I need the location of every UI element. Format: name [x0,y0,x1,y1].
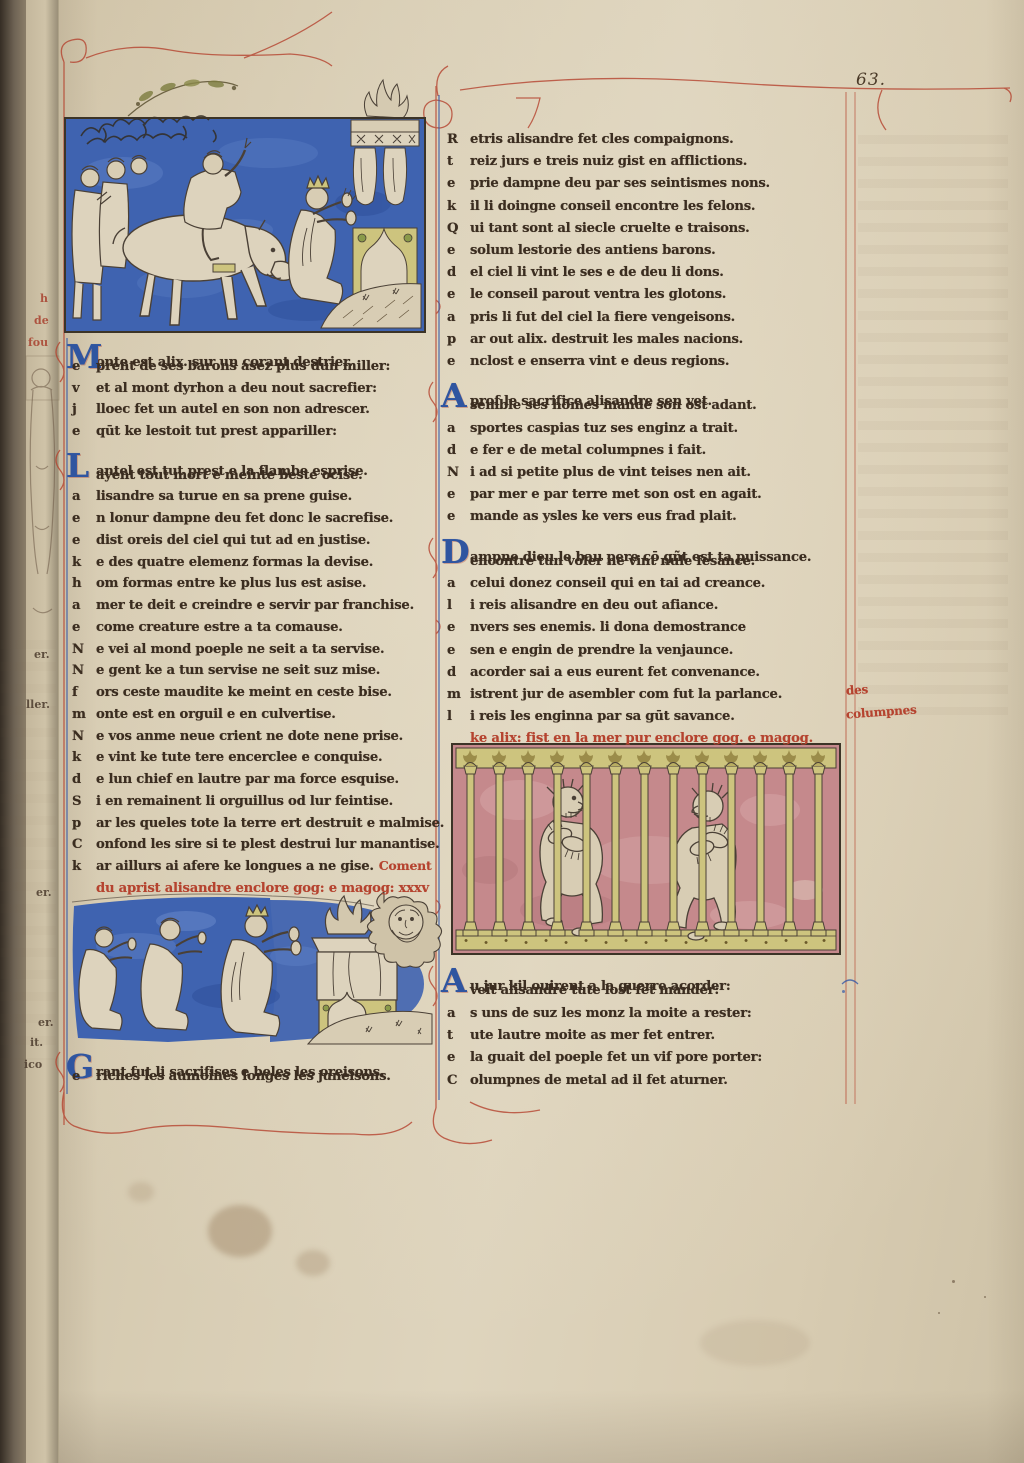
ink-speck [984,1296,986,1298]
line-initial: l [443,599,470,612]
line-text: pris li fut del ciel la fiere vengeisons… [470,311,735,324]
verse-line: kar aillurs ai afere ke longues a ne gis… [68,860,432,873]
verse-line: ke vint ke tute tere encerclee e conquis… [68,751,382,764]
line-text: i ad si petite plus de vint teises nen a… [470,466,751,479]
line-initial: e [443,621,470,634]
line-text: riches les aumoines longes les juneisons… [96,1070,391,1083]
line-text: e lun chief en lautre par ma force esqui… [96,773,399,786]
line-initial: a [443,422,470,435]
line-initial: l [443,710,470,723]
line-text: prent de ses barons asez plus dun miller… [96,360,390,373]
line-initial: R [443,133,470,146]
line-text: semble ses hōmes mande son ost adant. [470,399,756,412]
line-text: mer te deit e creindre e servir par fran… [96,599,414,612]
verse-line: Qui tant sont al siecle cruelte e traiso… [443,222,750,235]
edge-text-fragment: h [40,292,48,305]
verse-line: li reis alisandre en deu out afiance. [443,599,718,612]
line-text: lloec fet un autel en son non adrescer. [96,403,370,416]
verse-line: vet al mont dyrhon a deu nout sacrefier: [68,382,377,395]
verse-line: semble ses hōmes mande son ost adant. [443,399,756,412]
verse-line: par out alix. destruit les males nacions… [443,333,743,346]
line-text: etris alisandre fet cles compaignons. [470,133,733,146]
verse-line: Columpnes de metal ad il fet aturner. [443,1074,728,1087]
line-text: ar les queles tote la terre ert destruit… [96,817,444,830]
verse-line: fors ceste maudite ke meint en ceste bis… [68,686,392,699]
edge-text-fragment: er. [34,648,50,661]
line-text: dist oreis del ciel qui tut ad en justis… [96,534,370,547]
line-initial: e [68,534,96,547]
verse-line: eprie dampne deu par ses seintismes nons… [443,177,770,190]
line-text: olumpnes de metal ad il fet aturner. [470,1074,728,1087]
verse-line: emande as ysles ke vers eus frad plait. [443,510,736,523]
line-text: mande as ysles ke vers eus frad plait. [470,510,736,523]
folio-number: 63. [856,70,886,90]
alexander-rides-to-altar-miniature [63,78,431,336]
line-text: il li doingne conseil encontre les felon… [470,200,755,213]
line-text: le conseil parout ventra les glotons. [470,288,726,301]
line-initial: v [68,382,96,395]
verse-line: esen e engin de prendre la venjaunce. [443,644,733,657]
line-text: e vint ke tute tere encerclee e conquise… [96,751,382,764]
line-initial: a [443,311,470,324]
line-initial: t [443,1029,470,1042]
edge-text-fragment: ller. [26,698,50,711]
line-text: n lonur dampne deu fet donc le sacrefise… [96,512,393,525]
verse-line: Ni ad si petite plus de vint teises nen … [443,466,751,479]
line-text: come creature estre a ta comause. [96,621,343,634]
verse-line: par les queles tote la terre ert destrui… [68,817,444,830]
verse-line: enclost e enserra vint e deus regions. [443,355,729,368]
line-initial: e [68,425,96,438]
line-initial: N [68,730,96,743]
verse-line: li reis les enginna par sa gūt savance.c… [443,710,735,723]
verse-line: edist oreis del ciel qui tut ad en justi… [68,534,370,547]
line-text: encontre tun voler ne vint nule fesance. [470,555,755,568]
line-text: sen e engin de prendre la venjaunce. [470,644,733,657]
verse-line: asportes caspias tuz ses enginz a trait. [443,422,738,435]
verse-line: dacorder sai a eus eurent fet convenance… [443,666,760,679]
line-initial: k [68,751,96,764]
verse-line: hom formas entre ke plus lus est asise. [68,577,366,590]
line-initial: d [443,266,470,279]
line-initial: e [443,510,470,523]
line-initial: e [68,621,96,634]
line-initial: a [443,577,470,590]
line-initial: e [443,177,470,190]
verse-line: de fer e de metal columpnes i fait. [443,444,706,457]
line-initial: p [443,333,470,346]
verse-line: Confond les sire si te plest destrui lur… [68,838,440,851]
line-text: om formas entre ke plus lus est asise. [96,577,366,590]
line-text: s uns de suz les monz la moite a rester: [470,1007,752,1020]
ink-speck [952,1280,955,1283]
verse-line: ke des quatre elemenz formas la devise. [68,556,373,569]
line-text: e gent ke a tun servise ne seit suz mise… [96,664,380,677]
verse-line: epar mer e par terre met son ost en agai… [443,488,762,501]
line-initial: a [443,1007,470,1020]
verse-line: Si en remainent li orguillus od lur fein… [68,795,393,808]
verse-line: monte est en orguil e en culvertise. [68,708,336,721]
line-initial: h [68,577,96,590]
line-text: istrent jur de asembler com fut la parla… [470,688,782,701]
red-marginal-note: des [846,683,869,697]
verse-line: Ne vos anme neue crient ne dote nene pri… [68,730,403,743]
line-text: ke alix: fist en la mer pur enclore gog.… [470,732,813,745]
line-text: et al mont dyrhon a deu nout sacrefier: [96,382,377,395]
gog-magog-enclosed-miniature [450,740,846,962]
rubric-line: du aprist alisandre enclore gog: e magog… [68,882,429,895]
verse-line: Ne vei al mond poeple ne seit a ta servi… [68,643,384,656]
line-initial: p [68,817,96,830]
line-text: du aprist alisandre enclore gog: e magog… [96,882,429,895]
line-initial: C [443,1074,470,1087]
line-initial: e [443,1051,470,1064]
line-initial: N [68,643,96,656]
line-initial: t [443,155,470,168]
verse-line: acelui donez conseil qui en tai ad crean… [443,577,765,590]
verse-line: veit alisandre tute lost fet mander: [443,984,719,997]
line-text: acorder sai a eus eurent fet convenance. [470,666,760,679]
line-text: e fer e de metal columpnes i fait. [470,444,706,457]
line-initial: m [443,688,470,701]
line-initial: k [443,200,470,213]
line-text: el ciel li vint le ses e de deu li dons. [470,266,724,279]
rubric-line: ke alix: fist en la mer pur enclore gog.… [443,732,813,745]
line-initial: C [68,838,96,851]
line-text: e des quatre elemenz formas la devise. [96,556,373,569]
verse-line: as uns de suz les monz la moite a rester… [443,1007,752,1020]
line-initial: f [68,686,96,699]
line-text: celui donez conseil qui en tai ad creanc… [470,577,765,590]
verse-line: eqūt ke lestoit tut prest appariller: [68,425,337,438]
edge-text-fragment: er. [36,886,52,899]
line-initial: Q [443,222,470,235]
line-text: i reis alisandre en deu out afiance. [470,599,718,612]
edge-text-fragment: er. [38,1016,54,1029]
edge-text-fragment: it. [30,1036,43,1049]
line-initial: N [68,664,96,677]
line-initial: k [68,860,96,873]
line-text: ute lautre moite as mer fet entrer. [470,1029,715,1042]
line-initial: e [443,244,470,257]
line-initial: j [68,403,96,416]
line-text: la guait del poeple fet un vif pore port… [470,1051,762,1064]
verse-line: ecome creature estre a ta comause. [68,621,343,634]
verse-line: treiz jurs e treis nuiz gist en afflicti… [443,155,747,168]
verse-line: de lun chief en lautre par ma force esqu… [68,773,399,786]
verse-line: esolum lestorie des antiens barons. [443,244,715,257]
verse-line: jlloec fet un autel en son non adrescer. [68,403,370,416]
line-initial: d [443,666,470,679]
verse-line: ela guait del poeple fet un vif pore por… [443,1051,762,1064]
line-text: i en remainent li orguillus od lur feint… [96,795,393,808]
line-initial: e [443,488,470,501]
line-initial: N [443,466,470,479]
line-initial: d [443,444,470,457]
line-initial: e [443,355,470,368]
line-text: qūt ke lestoit tut prest appariller: [96,425,337,438]
line-initial: d [68,773,96,786]
verse-line: mistrent jur de asembler com fut la parl… [443,688,782,701]
verse-line: eprent de ses barons asez plus dun mille… [68,360,390,373]
line-text: ar aillurs ai afere ke longues a ne gise… [96,860,374,873]
line-text: solum lestorie des antiens barons. [470,244,715,257]
line-initial: e [68,360,96,373]
verse-line: tute lautre moite as mer fet entrer. [443,1029,715,1042]
verse-line: encontre tun voler ne vint nule fesance. [443,555,755,568]
line-text: reiz jurs e treis nuiz gist en afflictio… [470,155,747,168]
line-text: e vei al mond poeple ne seit a ta servis… [96,643,384,656]
verse-line: en lonur dampne deu fet donc le sacrefis… [68,512,393,525]
line-text: nvers ses enemis. li dona demostrance [470,621,746,634]
line-text: par mer e par terre met son ost en agait… [470,488,762,501]
verse-line: ayent tout mort e meinte beste ocise. [68,469,363,482]
line-text: sportes caspias tuz ses enginz a trait. [470,422,738,435]
line-text: ar out alix. destruit les males nacions. [470,333,743,346]
verse-line: amer te deit e creindre e servir par fra… [68,599,414,612]
verse-line: envers ses enemis. li dona demostrance [443,621,746,634]
line-text: ui tant sont al siecle cruelte e traison… [470,222,750,235]
edge-text-fragment: ico [24,1058,42,1071]
line-text: nclost e enserra vint e deus regions. [470,355,729,368]
line-initial: e [68,1070,96,1083]
verse-line: eriches les aumoines longes les juneison… [68,1070,391,1083]
edge-text-fragment: fou [28,336,48,349]
line-text: lisandre sa turue en sa prene guise. [96,490,352,503]
verse-line: alisandre sa turue en sa prene guise. [68,490,352,503]
line-text: ors ceste maudite ke meint en ceste bise… [96,686,392,699]
edge-text-fragment: de [34,314,49,327]
line-text: veit alisandre tute lost fet mander: [470,984,719,997]
line-initial: e [68,512,96,525]
line-initial: a [68,490,96,503]
ink-speck [842,990,845,993]
line-initial: a [68,599,96,612]
line-text: onte est en orguil e en culvertise. [96,708,336,721]
verse-line: kil li doingne conseil encontre les felo… [443,200,755,213]
verse-line: Ne gent ke a tun servise ne seit suz mis… [68,664,380,677]
red-marginal-note: Coment [379,858,432,873]
line-initial: k [68,556,96,569]
line-text: ayent tout mort e meinte beste ocise. [96,469,363,482]
manuscript-page: Monte est alix. sur un corant destrier.e… [0,0,1024,1463]
verse-line: del ciel li vint le ses e de deu li dons… [443,266,724,279]
altar-flames [364,80,408,118]
line-initial: e [443,288,470,301]
verse-line: Retris alisandre fet cles compaignons. [443,133,733,146]
line-text: e vos anme neue crient ne dote nene pris… [96,730,403,743]
verse-line: ele conseil parout ventra les glotons. [443,288,726,301]
line-initial: S [68,795,96,808]
line-text: onfond les sire si te plest destrui lur … [96,838,440,851]
line-initial: e [443,644,470,657]
line-text: i reis les enginna par sa gūt savance. [470,710,735,723]
line-text: prie dampne deu par ses seintismes nons. [470,177,770,190]
verse-line: apris li fut del ciel la fiere vengeison… [443,311,735,324]
alexander-prays-miniature [66,886,438,1048]
ink-speck [938,1312,940,1314]
line-initial: m [68,708,96,721]
